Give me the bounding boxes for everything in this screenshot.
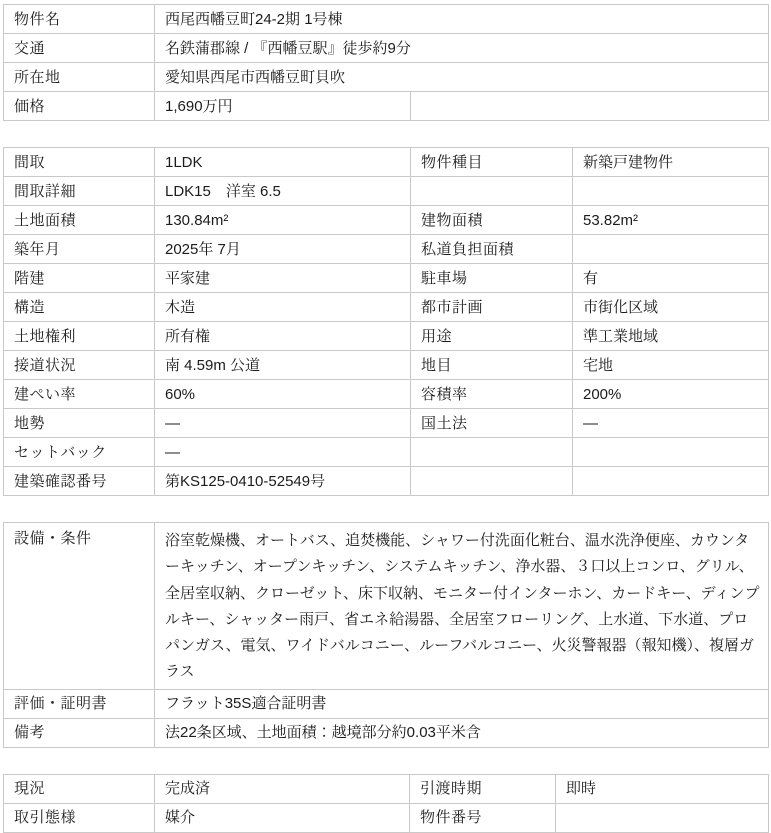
field-value-certificate: フラット35S適合証明書 [155,689,769,718]
table-row: 価格 1,690万円 [4,92,769,121]
field-label: 土地権利 [4,322,155,351]
field-label: 都市計画 [411,293,573,322]
field-label-transport: 交通 [4,34,155,63]
field-value: 木造 [155,293,411,322]
field-value-equipment: 浴室乾燥機、オートバス、追焚機能、シャワー付洗面化粧台、温水洗浄便座、カウンター… [155,523,769,690]
field-value: 1LDK [155,148,411,177]
table-row: 土地面積 130.84m² 建物面積 53.82m² [4,206,769,235]
field-label-location: 所在地 [4,63,155,92]
empty-cell [411,92,769,121]
field-label: 物件種目 [411,148,573,177]
table-row: 物件名 西尾西幡豆町24-2期 1号棟 [4,5,769,34]
table-row: 間取 1LDK 物件種目 新築戸建物件 [4,148,769,177]
field-value [556,803,769,832]
field-value [573,235,769,264]
field-label: 私道負担面積 [411,235,573,264]
field-label: 地目 [411,351,573,380]
field-value: 即時 [556,774,769,803]
field-label: 間取 [4,148,155,177]
field-label: 用途 [411,322,573,351]
field-label-equipment: 設備・条件 [4,523,155,690]
field-value-property-name: 西尾西幡豆町24-2期 1号棟 [155,5,769,34]
field-value: 新築戸建物件 [573,148,769,177]
field-label: 接道状況 [4,351,155,380]
table-row: 建ぺい率 60% 容積率 200% [4,380,769,409]
field-label: 容積率 [411,380,573,409]
table-row: 地勢 ― 国土法 ― [4,409,769,438]
table-row: 土地権利 所有権 用途 準工業地域 [4,322,769,351]
property-sheet: 物件名 西尾西幡豆町24-2期 1号棟 交通 名鉄蒲郡線 / 『西幡豆駅』徒歩約… [0,0,771,833]
field-label: 建ぺい率 [4,380,155,409]
field-label: 駐車場 [411,264,573,293]
field-value [573,467,769,496]
table-row: 間取詳細 LDK15 洋室 6.5 [4,177,769,206]
table-row: 設備・条件 浴室乾燥機、オートバス、追焚機能、シャワー付洗面化粧台、温水洗浄便座… [4,523,769,690]
field-label [411,438,573,467]
field-label: 取引態様 [4,803,155,832]
field-label-price: 価格 [4,92,155,121]
transaction-table: 現況 完成済 引渡時期 即時 取引態様 媒介 物件番号 [3,774,769,833]
field-value: 60% [155,380,411,409]
table-row: 築年月 2025年 7月 私道負担面積 [4,235,769,264]
field-value: 市街化区域 [573,293,769,322]
field-value [573,438,769,467]
field-label: セットバック [4,438,155,467]
features-table: 設備・条件 浴室乾燥機、オートバス、追焚機能、シャワー付洗面化粧台、温水洗浄便座… [3,522,769,748]
field-value: 200% [573,380,769,409]
table-row: 備考 法22条区域、土地面積：越境部分約0.03平米含 [4,718,769,747]
field-label: 間取詳細 [4,177,155,206]
field-label [411,467,573,496]
table-row: 現況 完成済 引渡時期 即時 [4,774,769,803]
field-value: ― [155,409,411,438]
field-label: 建物面積 [411,206,573,235]
field-label: 現況 [4,774,155,803]
table-row: セットバック ― [4,438,769,467]
field-value-transport: 名鉄蒲郡線 / 『西幡豆駅』徒歩約9分 [155,34,769,63]
field-value: 媒介 [155,803,410,832]
table-row: 交通 名鉄蒲郡線 / 『西幡豆駅』徒歩約9分 [4,34,769,63]
field-label: 物件番号 [410,803,556,832]
field-value: 所有権 [155,322,411,351]
field-value: 2025年 7月 [155,235,411,264]
field-value: 130.84m² [155,206,411,235]
table-row: 接道状況 南 4.59m 公道 地目 宅地 [4,351,769,380]
field-value: 完成済 [155,774,410,803]
field-label-property-name: 物件名 [4,5,155,34]
property-overview-table: 物件名 西尾西幡豆町24-2期 1号棟 交通 名鉄蒲郡線 / 『西幡豆駅』徒歩約… [3,4,769,121]
field-label: 国土法 [411,409,573,438]
property-details-table: 間取 1LDK 物件種目 新築戸建物件 間取詳細 LDK15 洋室 6.5 土地… [3,147,769,496]
field-label: 土地面積 [4,206,155,235]
table-row: 階建 平家建 駐車場 有 [4,264,769,293]
field-label [411,177,573,206]
field-value: 南 4.59m 公道 [155,351,411,380]
field-value: 有 [573,264,769,293]
field-label-certificate: 評価・証明書 [4,689,155,718]
field-value-remarks: 法22条区域、土地面積：越境部分約0.03平米含 [155,718,769,747]
field-label: 引渡時期 [410,774,556,803]
field-value: 第KS125-0410-52549号 [155,467,411,496]
field-value-price: 1,690万円 [155,92,411,121]
field-label: 築年月 [4,235,155,264]
field-value: ― [573,409,769,438]
field-label: 階建 [4,264,155,293]
field-label: 地勢 [4,409,155,438]
field-value: ― [155,438,411,467]
table-row: 構造 木造 都市計画 市街化区域 [4,293,769,322]
field-value [573,177,769,206]
field-value: LDK15 洋室 6.5 [155,177,411,206]
field-label-remarks: 備考 [4,718,155,747]
field-value: 53.82m² [573,206,769,235]
table-row: 取引態様 媒介 物件番号 [4,803,769,832]
field-label: 構造 [4,293,155,322]
field-label: 建築確認番号 [4,467,155,496]
field-value: 準工業地域 [573,322,769,351]
field-value: 宅地 [573,351,769,380]
field-value-location: 愛知県西尾市西幡豆町貝吹 [155,63,769,92]
field-value: 平家建 [155,264,411,293]
table-row: 建築確認番号 第KS125-0410-52549号 [4,467,769,496]
table-row: 所在地 愛知県西尾市西幡豆町貝吹 [4,63,769,92]
table-row: 評価・証明書 フラット35S適合証明書 [4,689,769,718]
